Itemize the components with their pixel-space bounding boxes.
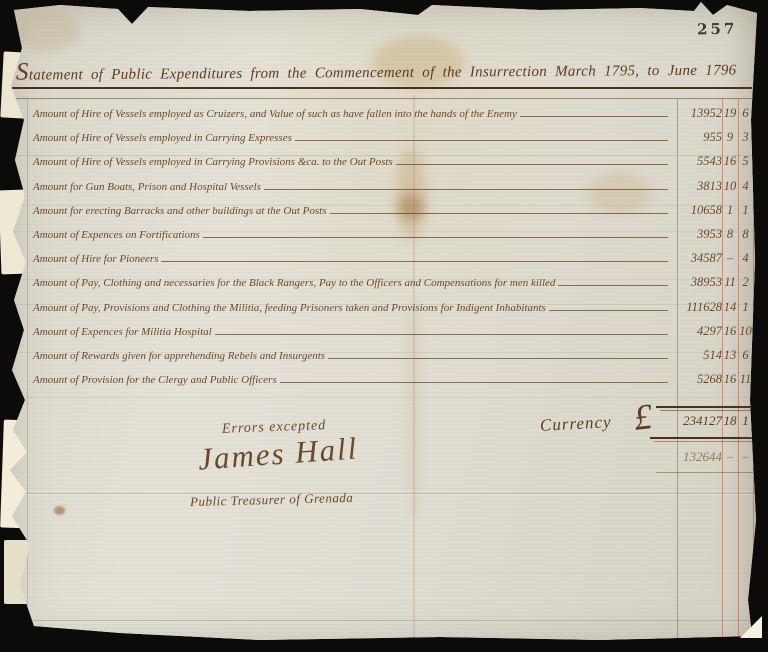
row-description: Amount of Rewards given for apprehending… [33, 350, 325, 362]
row-amount-shillings: 1 [722, 203, 738, 218]
leader-line [215, 334, 668, 335]
sterling-pence: – [738, 449, 753, 465]
row-amount-pence: 11 [738, 372, 753, 387]
table-row: Amount of Hire for Pioneers 34587 – 4 [33, 251, 753, 269]
manuscript-page: 257 Statement of Public Expenditures fro… [0, 0, 768, 652]
leader-line [280, 382, 668, 383]
row-description: Amount of Hire of Vessels employed as Cr… [33, 108, 517, 120]
row-amount-shillings: 10 [722, 179, 738, 194]
table-row: Amount of Pay, Clothing and necessaries … [33, 275, 753, 293]
page-number-stamp: 257 [697, 20, 738, 39]
leader-line [203, 237, 668, 238]
sterling-shillings: – [722, 449, 738, 465]
crease [0, 573, 768, 574]
row-amount-pounds: 38953 [672, 275, 722, 290]
row-amount-pence: 3 [738, 130, 753, 145]
stain [10, 8, 80, 52]
document-title: Statement of Public Expenditures from th… [16, 53, 752, 86]
fold-crease [0, 493, 768, 494]
table-row: Amount of Hire of Vessels employed in Ca… [33, 154, 753, 172]
row-amount-pence: 4 [738, 251, 753, 266]
sterling-bottom-rule [656, 472, 756, 473]
total-bottom-rule [650, 437, 756, 439]
currency-total-label: Currency [540, 412, 613, 436]
leader-line [161, 261, 668, 262]
row-amount-pounds: 10658 [672, 203, 722, 218]
row-amount-pence: 1 [738, 203, 753, 218]
row-amount-pence: 10 [738, 324, 753, 339]
row-amount-shillings: 19 [722, 106, 738, 121]
leader-line [520, 116, 668, 117]
row-description: Amount of Expences on Fortifications [33, 229, 200, 241]
row-amount-pence: 1 [738, 300, 753, 315]
row-amount-pence: 2 [738, 275, 753, 290]
row-description: Amount of Expences for Militia Hospital [33, 326, 212, 338]
row-description: Amount of Pay, Clothing and necessaries … [33, 277, 555, 289]
row-amount-pence: 5 [738, 154, 753, 169]
total-top-rule-2 [660, 410, 755, 411]
row-amount-shillings: 16 [722, 372, 738, 387]
row-amount-pounds: 3813 [672, 179, 722, 194]
sterling-amount: 132644 – – [640, 449, 753, 465]
row-amount-pounds: 5268 [672, 372, 722, 387]
row-description: Amount of Hire of Vessels employed in Ca… [33, 132, 292, 144]
row-amount-pounds: 111628 [672, 300, 722, 315]
row-amount-pounds: 5543 [672, 154, 722, 169]
leader-line [264, 189, 668, 190]
row-description: Amount for Gun Boats, Prison and Hospita… [33, 181, 261, 193]
row-amount-pounds: 514 [672, 348, 722, 363]
fold-crease [0, 620, 768, 621]
row-description: Amount of Hire for Pioneers [33, 253, 158, 265]
row-amount-pounds: 955 [672, 130, 722, 145]
row-amount-pence: 6 [738, 348, 753, 363]
table-row: Amount of Pay, Provisions and Clothing t… [33, 300, 753, 318]
table-row: Amount of Rewards given for apprehending… [33, 348, 753, 366]
row-amount-pence: 8 [738, 227, 753, 242]
table-row: Amount of Provision for the Clergy and P… [33, 372, 753, 390]
row-amount-pounds: 13952 [672, 106, 722, 121]
currency-total-amount: 234127 18 1 [640, 413, 753, 429]
leader-line [295, 140, 668, 141]
leader-line [549, 310, 668, 311]
row-description: Amount of Pay, Provisions and Clothing t… [33, 302, 546, 314]
row-amount-pence: 4 [738, 179, 753, 194]
leader-line [558, 285, 668, 286]
total-bottom-rule-2 [654, 441, 756, 442]
total-shillings: 18 [722, 413, 738, 429]
row-amount-shillings: – [722, 251, 738, 266]
table-row: Amount of Hire of Vessels employed as Cr… [33, 106, 753, 124]
table-row: Amount for Gun Boats, Prison and Hospita… [33, 179, 753, 197]
table-row: Amount of Hire of Vessels employed in Ca… [33, 130, 753, 148]
table-row: Amount of Expences for Militia Hospital … [33, 324, 753, 342]
row-amount-shillings: 9 [722, 130, 738, 145]
table-row: Amount of Expences on Fortifications 395… [33, 227, 753, 245]
left-margin-rule [27, 99, 28, 638]
row-amount-pounds: 4297 [672, 324, 722, 339]
leader-line [328, 358, 668, 359]
total-top-rule [656, 406, 755, 408]
row-description: Amount of Hire of Vessels employed in Ca… [33, 156, 393, 168]
right-edge-rule [753, 99, 754, 638]
center-fold [413, 95, 415, 638]
row-amount-shillings: 16 [722, 154, 738, 169]
row-amount-shillings: 8 [722, 227, 738, 242]
total-pounds: 234127 [640, 413, 722, 429]
row-amount-shillings: 14 [722, 300, 738, 315]
row-amount-shillings: 13 [722, 348, 738, 363]
stain [54, 506, 65, 515]
row-amount-pence: 6 [738, 106, 753, 121]
title-underline [12, 87, 752, 89]
row-amount-shillings: 16 [722, 324, 738, 339]
row-amount-pounds: 3953 [672, 227, 722, 242]
table-row: Amount for erecting Barracks and other b… [33, 203, 753, 221]
photograph-backdrop: 257 Statement of Public Expenditures fro… [0, 0, 768, 652]
total-pence: 1 [738, 413, 753, 429]
crease [0, 397, 768, 398]
row-amount-pounds: 34587 [672, 251, 722, 266]
row-description: Amount of Provision for the Clergy and P… [33, 374, 277, 386]
leader-line [330, 213, 668, 214]
table-top-rule [6, 98, 758, 99]
sterling-pounds: 132644 [640, 449, 722, 465]
row-amount-shillings: 11 [722, 275, 738, 290]
row-description: Amount for erecting Barracks and other b… [33, 205, 327, 217]
leader-line [396, 164, 668, 165]
